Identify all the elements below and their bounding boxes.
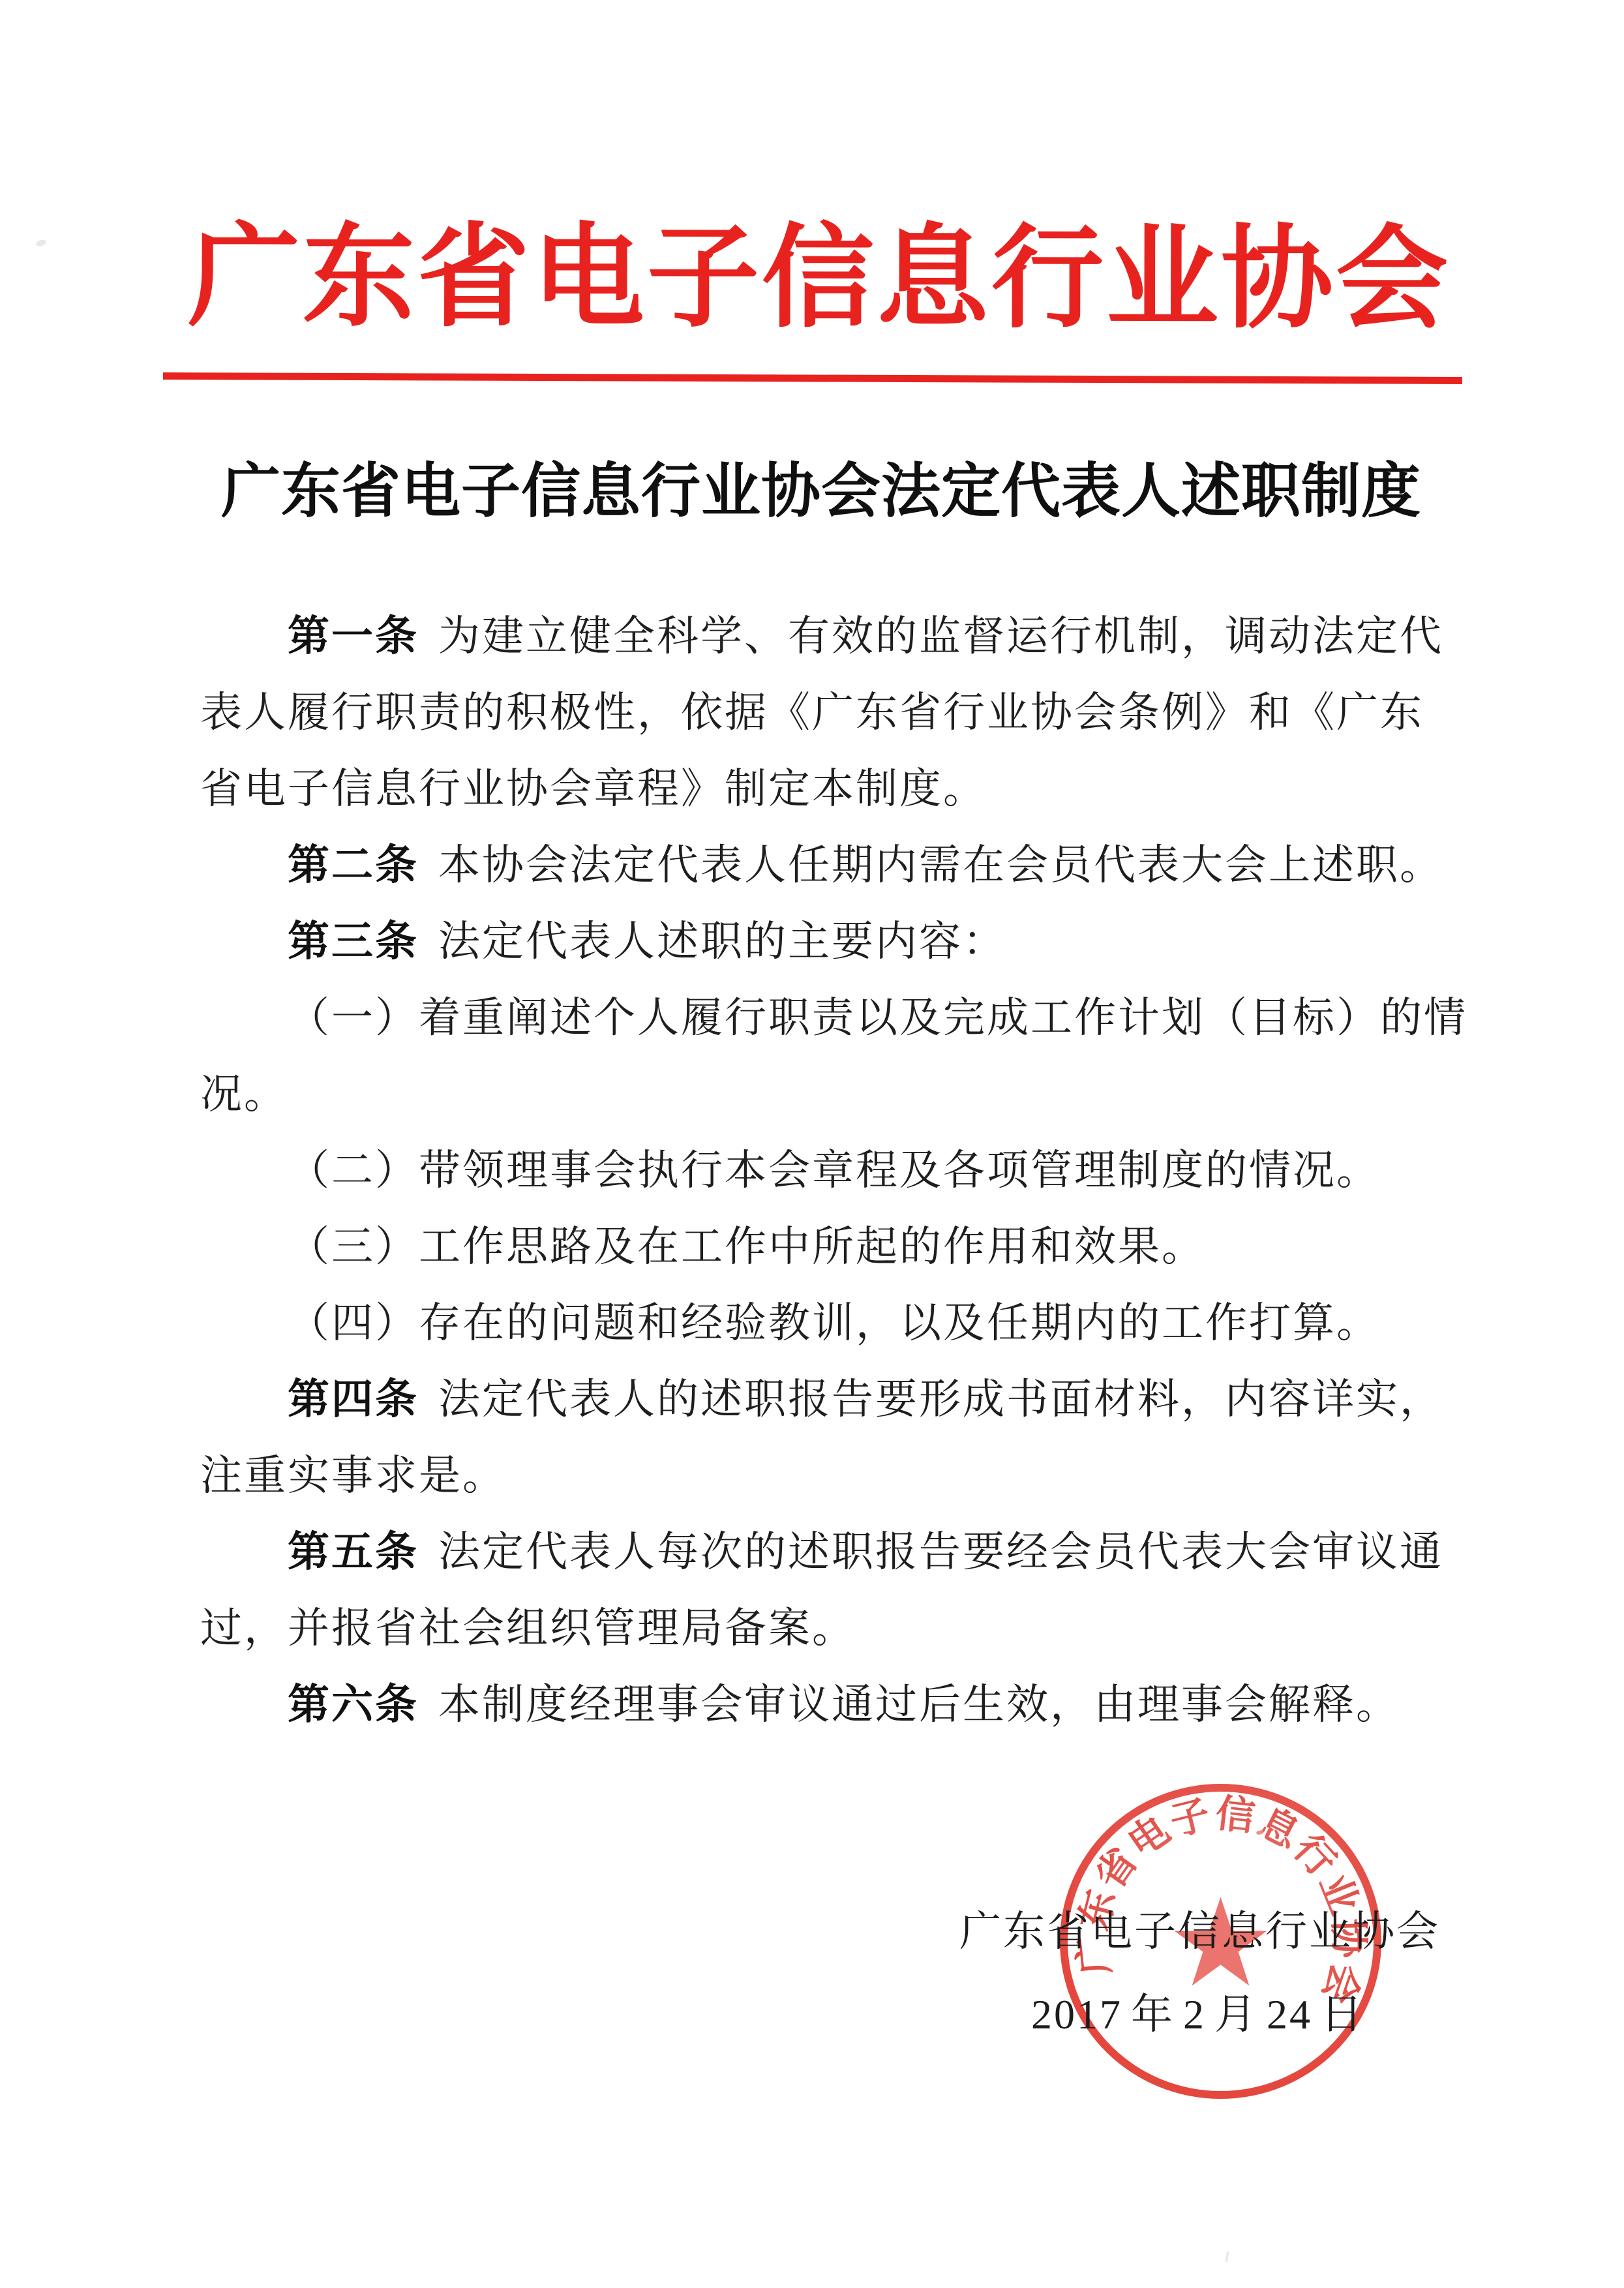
body-line: （二）带领理事会执行本会章程及各项管理制度的情况。 (200, 1132, 1446, 1209)
body-line: （四）存在的问题和经验教训，以及任期内的工作打算。 (200, 1285, 1446, 1361)
signature-date: 2017 年 2 月 24 日 (1031, 1992, 1364, 2038)
body-line-text: 为建立健全科学、有效的监督运行机制，调动法定代 (438, 613, 1443, 659)
body-line-text: 法定代表人每次的述职报告要经会员代表大会审议通 (438, 1529, 1443, 1575)
body-line: 第一条为建立健全科学、有效的监督运行机制，调动法定代 (200, 598, 1446, 674)
body-line-text: 况。 (200, 1071, 288, 1117)
body-line-text: （二）带领理事会执行本会章程及各项管理制度的情况。 (288, 1147, 1380, 1194)
body-line: 过，并报省社会组织管理局备案。 (200, 1590, 1446, 1666)
article-label: 第二条 (288, 841, 419, 888)
scan-artifact (1226, 2251, 1229, 2262)
article-label: 第五条 (288, 1528, 419, 1575)
body-line: 注重实事求是。 (200, 1438, 1446, 1514)
body-line: 第四条法定代表人的述职报告要形成书面材料，内容详实， (200, 1361, 1446, 1438)
letterhead-divider-rule (163, 372, 1462, 384)
article-label: 第三条 (288, 918, 419, 965)
body-line-text: （一）着重阐述个人履行职责以及完成工作计划（目标）的情 (288, 995, 1467, 1041)
body-line: 况。 (200, 1056, 1446, 1132)
document-body: 第一条为建立健全科学、有效的监督运行机制，调动法定代表人履行职责的积极性，依据《… (200, 598, 1446, 1743)
article-label: 第六条 (288, 1681, 419, 1728)
body-line: （三）工作思路及在工作中所起的作用和效果。 (200, 1209, 1446, 1285)
seal-arc-char: 信 (1212, 1792, 1258, 1838)
body-line: （一）着重阐述个人履行职责以及完成工作计划（目标）的情 (200, 980, 1446, 1056)
article-label: 第一条 (288, 612, 419, 659)
body-line-text: （四）存在的问题和经验教训，以及任期内的工作打算。 (288, 1300, 1380, 1346)
body-line-text: 注重实事求是。 (200, 1453, 506, 1499)
body-line-text: （三）工作思路及在工作中所起的作用和效果。 (288, 1224, 1205, 1270)
body-line-text: 法定代表人述职的主要内容： (438, 918, 1006, 965)
body-line-text: 过，并报省社会组织管理局备案。 (200, 1605, 856, 1651)
body-line-text: 本协会法定代表人任期内需在会员代表大会上述职。 (438, 842, 1443, 888)
scan-artifact (35, 239, 47, 248)
body-line: 第六条本制度经理事会审议通过后生效，由理事会解释。 (200, 1666, 1446, 1743)
body-line-text: 省电子信息行业协会章程》制定本制度。 (200, 766, 987, 812)
signature-org-name: 广东省电子信息行业协会 (959, 1909, 1440, 1955)
body-line: 省电子信息行业协会章程》制定本制度。 (200, 751, 1446, 827)
document-title: 广东省电子信息行业协会法定代表人述职制度 (9, 457, 1624, 527)
body-line-text: 法定代表人的述职报告要形成书面材料，内容详实， (438, 1376, 1443, 1422)
body-line: 表人履行职责的积极性，依据《广东省行业协会条例》和《广东 (200, 674, 1446, 751)
body-line: 第五条法定代表人每次的述职报告要经会员代表大会审议通 (200, 1514, 1446, 1590)
letterhead-org-name: 广东省电子信息行业协会 (188, 222, 1451, 337)
body-line-text: 本制度经理事会审议通过后生效，由理事会解释。 (438, 1681, 1400, 1728)
body-line: 第二条本协会法定代表人任期内需在会员代表大会上述职。 (200, 827, 1446, 903)
body-line-text: 表人履行职责的积极性，依据《广东省行业协会条例》和《广东 (200, 689, 1424, 736)
body-line: 第三条法定代表人述职的主要内容： (200, 903, 1446, 980)
article-label: 第四条 (288, 1376, 419, 1422)
document-page: 广东省电子信息行业协会 广东省电子信息行业协会法定代表人述职制度 第一条为建立健… (0, 0, 1624, 2288)
